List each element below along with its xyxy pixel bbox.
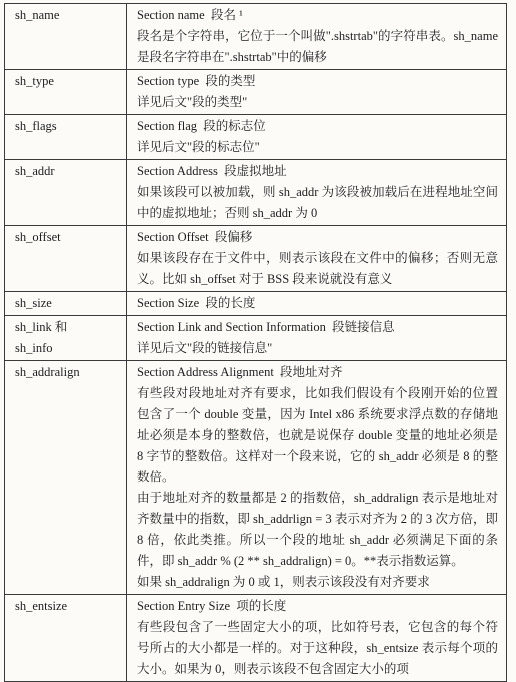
field-name-cell: sh_link 和 sh_info [5,316,127,361]
field-name: sh_link 和 [15,317,118,338]
table-row: sh_addr Section Address 段虚拟地址 如果该段可以被加载，… [5,160,507,226]
field-name: sh_info [15,338,118,359]
field-name-cell: sh_offset [5,226,127,292]
field-name: sh_entsize [15,596,118,617]
field-title: Section Size 段的长度 [137,293,498,314]
field-name: sh_name [15,5,118,26]
field-desc-cell: Section Address Alignment 段地址对齐 有些段对段地址对… [127,361,507,595]
field-name-cell: sh_size [5,292,127,316]
field-title: Section flag 段的标志位 [137,116,498,137]
field-title: Section Address Alignment 段地址对齐 [137,362,498,383]
field-paragraph: 有些段包含了一些固定大小的项，比如符号表，它包含的每个符号所占的大小都是一样的。… [137,617,498,664]
table-row: sh_size Section Size 段的长度 [5,292,507,316]
field-paragraph: 如果 sh_addralign 为 0 或 1，则表示该段没有对齐要求 [137,572,498,593]
field-paragraph: 如果该段存在于文件中，则表示该段在文件中的偏移；否则无意义。比如 sh_offs… [137,248,498,290]
field-name: sh_addralign [15,362,118,383]
field-title: Section Link and Section Information 段链接… [137,317,498,338]
field-name-cell: sh_entsize [5,595,127,665]
field-paragraph: 由于地址对齐的数量都是 2 的指数倍，sh_addralign 表示是地址对齐数… [137,488,498,572]
field-title: Section type 段的类型 [137,71,498,92]
table-row: sh_link 和 sh_info Section Link and Secti… [5,316,507,361]
field-desc-cell: Section Link and Section Information 段链接… [127,316,507,361]
field-title: Section name 段名 ¹ [137,5,498,26]
field-title: Section Entry Size 项的长度 [137,596,498,617]
field-paragraph: 如果该段可以被加载，则 sh_addr 为该段被加载后在进程地址空间中的虚拟地址… [137,182,498,224]
field-name-cell: sh_addralign [5,361,127,595]
field-name: sh_size [15,293,118,314]
field-desc-cell: Section Entry Size 项的长度 有些段包含了一些固定大小的项，比… [127,595,507,665]
section-header-fields-table: sh_name Section name 段名 ¹ 段名是个字符串，它位于一个叫… [4,3,507,664]
field-title: Section Offset 段偏移 [137,227,498,248]
field-title: Section Address 段虚拟地址 [137,161,498,182]
field-name: sh_offset [15,227,118,248]
field-name: sh_addr [15,161,118,182]
field-name-cell: sh_type [5,70,127,115]
field-paragraph: 详见后文"段的标志位" [137,137,498,158]
field-name-cell: sh_addr [5,160,127,226]
table-row: sh_offset Section Offset 段偏移 如果该段存在于文件中，… [5,226,507,292]
field-desc-cell: Section flag 段的标志位 详见后文"段的标志位" [127,115,507,160]
field-name-cell: sh_name [5,4,127,70]
field-desc-cell: Section name 段名 ¹ 段名是个字符串，它位于一个叫做".shstr… [127,4,507,70]
field-desc-cell: Section Size 段的长度 [127,292,507,316]
field-paragraph: 有些段对段地址对齐有要求，比如我们假设有个段刚开始的位置包含了一个 double… [137,383,498,488]
field-paragraph: 段名是个字符串，它位于一个叫做".shstrtab"的字符串表。sh_name … [137,26,498,68]
field-desc-cell: Section Address 段虚拟地址 如果该段可以被加载，则 sh_add… [127,160,507,226]
field-name: sh_type [15,71,118,92]
field-desc-cell: Section Offset 段偏移 如果该段存在于文件中，则表示该段在文件中的… [127,226,507,292]
table-row: sh_type Section type 段的类型 详见后文"段的类型" [5,70,507,115]
table-row: sh_entsize Section Entry Size 项的长度 有些段包含… [5,595,507,665]
field-paragraph: 详见后文"段的类型" [137,92,498,113]
field-desc-cell: Section type 段的类型 详见后文"段的类型" [127,70,507,115]
field-paragraph: 详见后文"段的链接信息" [137,338,498,359]
table-row: sh_flags Section flag 段的标志位 详见后文"段的标志位" [5,115,507,160]
table-row: sh_addralign Section Address Alignment 段… [5,361,507,595]
field-name: sh_flags [15,116,118,137]
field-name-cell: sh_flags [5,115,127,160]
table-row: sh_name Section name 段名 ¹ 段名是个字符串，它位于一个叫… [5,4,507,70]
